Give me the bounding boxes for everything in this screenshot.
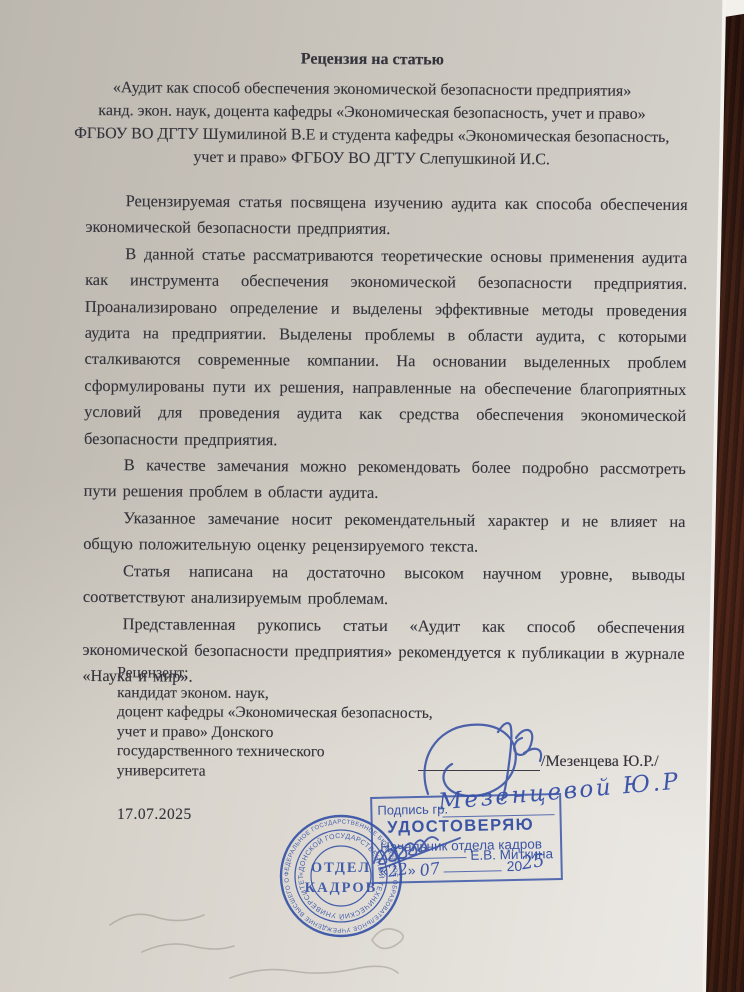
stamp-signature-label: Подпись гр.	[377, 801, 448, 817]
photo-of-review-document: Рецензия на статью «Аудит как способ обе…	[0, 0, 744, 992]
subtitle-line: учет и право» ФГБОУ ВО ДГТУ Слепушкиной …	[62, 145, 682, 172]
body-paragraph: Указанное замечание носит рекомендательн…	[83, 505, 685, 562]
faint-pencil-marks	[80, 890, 520, 990]
reviewer-line: учет и право» Донского	[117, 722, 433, 743]
signature-name: /Мезенцева Ю.Р./	[541, 753, 659, 771]
review-date: 17.07.2025	[117, 806, 192, 824]
reviewer-line: государственного технического	[117, 741, 433, 762]
handwritten-year: 25	[520, 850, 546, 874]
reviewer-line: Рецензент:	[117, 663, 433, 684]
subtitle-line: ФГБОУ ВО ДГТУ Шумилиной В.Е и студента к…	[62, 122, 682, 149]
reviewer-line: кандидат эконом. наук,	[117, 683, 433, 704]
reviewer-line: университета	[117, 761, 433, 782]
body-paragraph: В данной статье рассматриваются теоретич…	[84, 241, 687, 456]
document-body: Рецензируемая статья посвящена изучению …	[82, 188, 687, 694]
round-stamp-center-line1: ОТДЕЛ	[311, 860, 371, 876]
officer-signature-ink	[368, 833, 483, 873]
page-title: Рецензия на статью	[62, 46, 682, 73]
reviewer-line: доцент кафедры «Экономическая безопаснос…	[117, 702, 433, 723]
reviewer-block: Рецензент: кандидат эконом. наук, доцент…	[117, 663, 433, 782]
body-paragraph: Статья написана на достаточно высоком на…	[83, 558, 685, 615]
body-paragraph: В качестве замечания можно рекомендовать…	[84, 452, 686, 509]
stamp-year-prefix: 20	[506, 858, 522, 874]
body-paragraph: Рецензируемая статья посвящена изучению …	[85, 188, 687, 245]
document-page: Рецензия на статью «Аудит как способ обе…	[0, 0, 744, 992]
document-header: Рецензия на статью «Аудит как способ обе…	[62, 46, 683, 172]
